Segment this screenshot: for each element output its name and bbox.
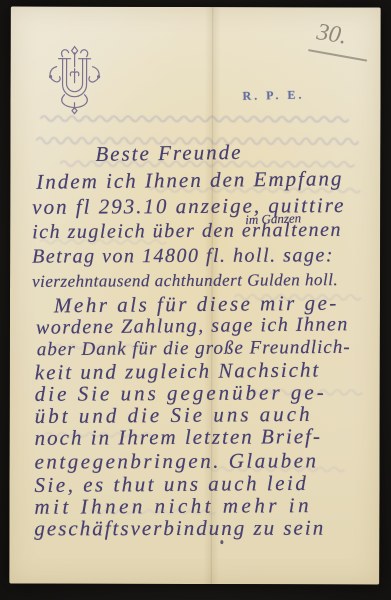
photo-backdrop: 30. R. P. E. Beste Freunde im Ganzen Ind…: [0, 0, 391, 600]
bleed-line: [40, 116, 348, 122]
letter-page: 30. R. P. E. Beste Freunde im Ganzen Ind…: [9, 7, 381, 585]
monogram-icon: [46, 45, 102, 117]
letter-line: noch in Ihrem letzten Brief-: [35, 426, 322, 449]
letter-line: vierzehntausend achthundert Gulden holl.: [32, 271, 338, 290]
letter-line: geschäftsverbindung zu sein: [34, 518, 325, 540]
letter-line: Mehr als für diese mir ge-: [54, 293, 339, 317]
page-number: 30.: [315, 19, 349, 50]
letter-line: Betrag von 14800 fl. holl. sage:: [32, 245, 334, 266]
letter-line: von fl 293.10 anzeige, quittire: [32, 195, 345, 218]
letter-salutation: Beste Freunde: [95, 142, 242, 165]
rpe-stamp: R. P. E.: [242, 87, 304, 103]
ink-speck: [220, 540, 223, 544]
letter-line: ich zugleich über den erhaltenen: [32, 220, 342, 242]
letter-line: entgegenbringen. Glauben: [35, 450, 319, 472]
letter-line: mit Ihnen nicht mehr in: [34, 495, 312, 518]
letter-line: aber Dank für die große Freundlich-: [37, 338, 351, 359]
letter-line: wordene Zahlung, sage ich Ihnen: [36, 314, 349, 338]
letter-line: Indem ich Ihnen den Empfang: [36, 168, 343, 192]
